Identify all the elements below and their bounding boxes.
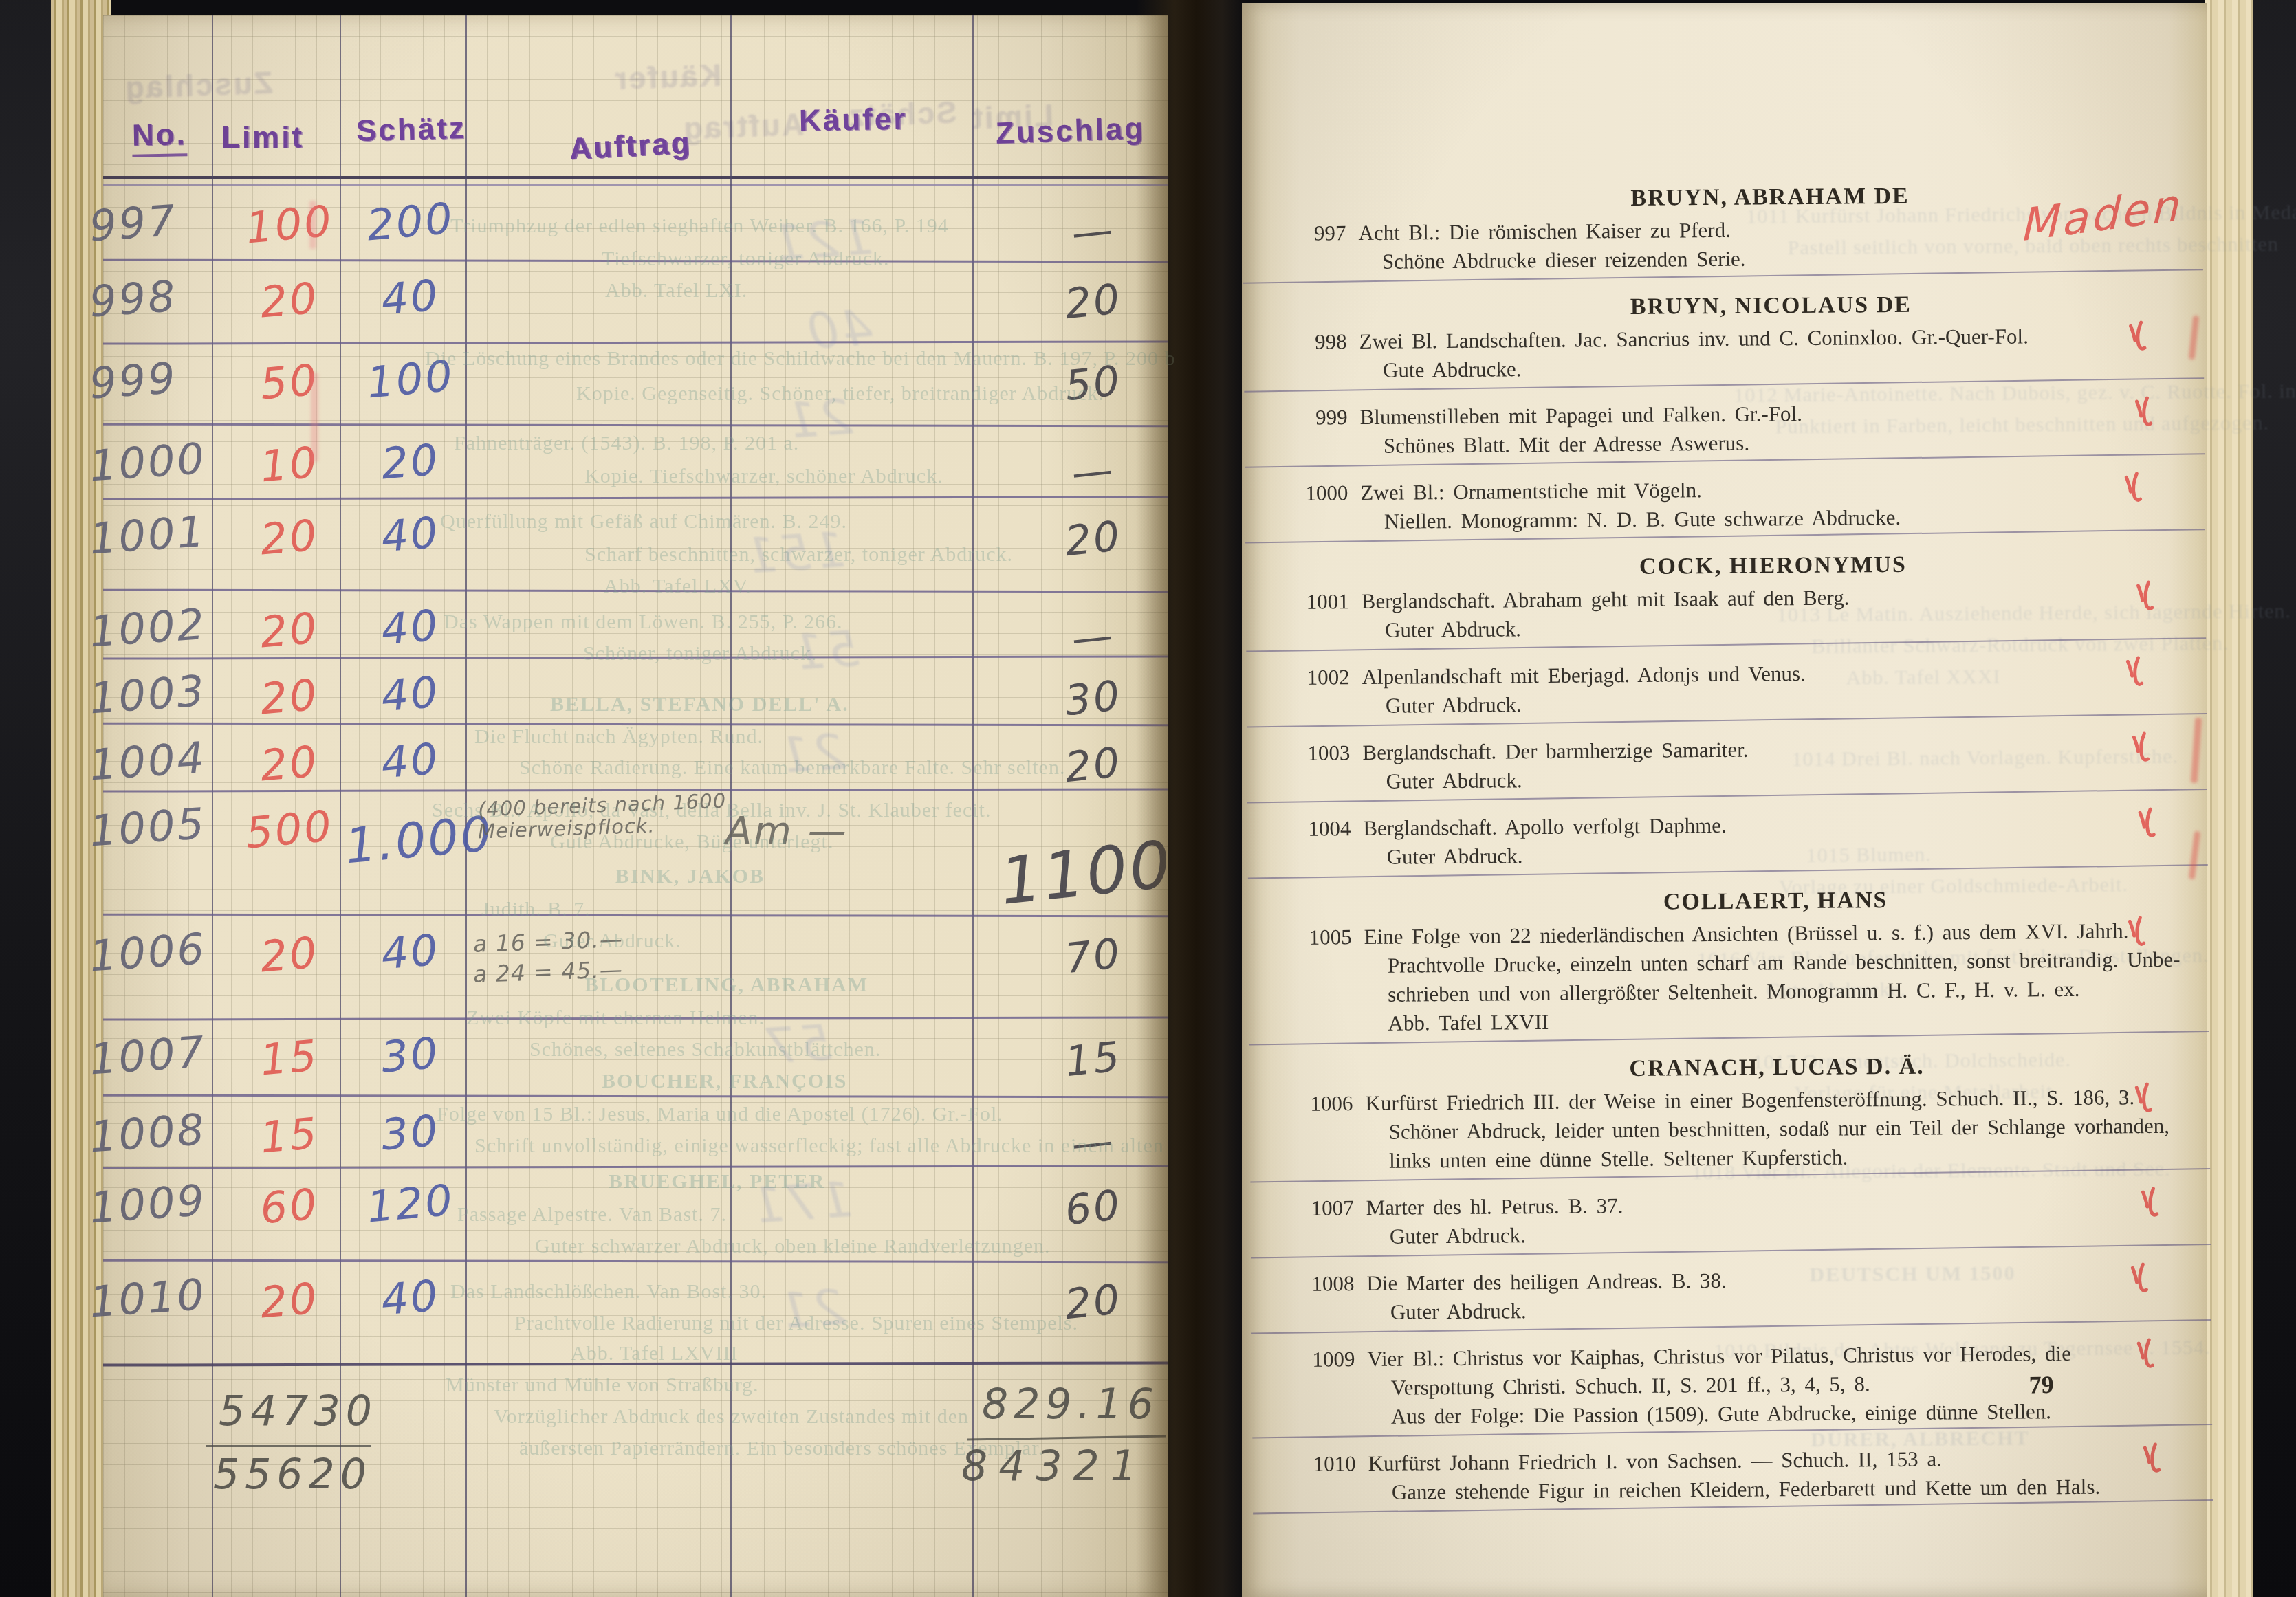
catalog-entry-text: Berglandschaft. Abraham geht mit Isaak a… bbox=[1362, 585, 1850, 613]
ledger-value-no: 1002 bbox=[88, 597, 222, 657]
ghost-number: 21 bbox=[775, 1278, 847, 1341]
catalog-entry-number: 1002 bbox=[1268, 665, 1349, 690]
ledger-value-limit: 20 bbox=[236, 601, 343, 660]
catalog-entry-line: 997Acht Bl.: Die römischen Kaiser zu Pfe… bbox=[1265, 218, 1731, 246]
ghost-text: Abb. Tafel LXVIII bbox=[571, 1342, 738, 1365]
catalog-entry-line: 999Blumenstilleben mit Papagei und Falke… bbox=[1266, 401, 1802, 430]
ink-smudge bbox=[311, 373, 318, 462]
red-checkmark bbox=[2134, 1336, 2158, 1372]
catalog-entry-text: Kurfürst Johann Friedrich I. von Sachsen… bbox=[1368, 1446, 1942, 1475]
catalog-entry-text: Berglandschaft. Der barmherzige Samarite… bbox=[1362, 738, 1748, 764]
catalog-entry-line: Schöner Abdruck, leider unten beschnitte… bbox=[1389, 1114, 2169, 1145]
book-gutter bbox=[1136, 0, 1246, 1597]
red-checkmark bbox=[2141, 1441, 2164, 1477]
red-checkmark bbox=[2122, 470, 2145, 506]
red-checkmark bbox=[2123, 654, 2147, 690]
ghost-number: 171 bbox=[747, 1170, 854, 1235]
ghost-text: Abb. Tafel LXI. bbox=[605, 279, 747, 302]
catalog-entry-text: Die Marter des heiligen Andreas. B. 38. bbox=[1366, 1268, 1727, 1295]
total-zuschlag-subtotal: 829.16 bbox=[982, 1380, 1159, 1429]
ledger-value-limit: 20 bbox=[236, 734, 343, 793]
red-checkmark bbox=[2134, 579, 2157, 615]
ghost-text: BINK, JAKOB bbox=[615, 865, 765, 888]
catalog-section-heading: COLLAERT, HANS bbox=[1353, 885, 2198, 918]
ghost-text: Münster und Mühle von Straßburg. bbox=[446, 1374, 759, 1397]
catalog-entry-line: Gute Abdrucke. bbox=[1383, 357, 1522, 383]
ghost-text: Guter Abdruck. bbox=[543, 929, 681, 953]
ledger-value-schaetz: 40 bbox=[343, 663, 478, 725]
catalog-entry-line: schrieben und von allergrößter Seltenhei… bbox=[1388, 977, 2080, 1007]
ledger-value-no: 1003 bbox=[88, 664, 222, 723]
catalog-entry-number: 1003 bbox=[1269, 740, 1350, 766]
red-checkmark bbox=[2127, 319, 2150, 355]
ledger-value-no: 1010 bbox=[88, 1268, 222, 1327]
ghost-number: 51 bbox=[789, 619, 861, 682]
ledger-value-no: 999 bbox=[88, 349, 222, 408]
row-separator bbox=[103, 423, 1168, 428]
column-header-limit: Limit bbox=[221, 121, 304, 155]
catalog-entry-number: 1009 bbox=[1273, 1347, 1355, 1372]
ledger-value-no: 1004 bbox=[88, 731, 222, 790]
total-schaetz-subtotal: 54730 bbox=[219, 1387, 378, 1435]
total-zuschlag-total: 84321 bbox=[961, 1442, 1148, 1490]
row-separator bbox=[103, 1094, 1168, 1099]
catalog-entry-line: Abb. Tafel LXVII bbox=[1388, 1010, 1549, 1036]
catalog-entry-line: Guter Abdruck. bbox=[1387, 844, 1523, 870]
header-rule bbox=[103, 176, 1168, 179]
catalog-entry-number: 1005 bbox=[1270, 925, 1351, 950]
catalog-entry-text: Zwei Bl. Landschaften. Jac. Sancrius inv… bbox=[1359, 324, 2029, 353]
ledger-value-no: 1006 bbox=[88, 922, 222, 981]
catalog-entry-text: Kurfürst Friedrich III. der Weise in ein… bbox=[1365, 1085, 2134, 1115]
ghost-text: Kopie. Tiefschwarzer, schöner Abdruck. bbox=[584, 465, 943, 488]
ghost-text: BLOOTELING, ABRAHAM bbox=[584, 973, 868, 997]
catalog-entry-text: Blumenstilleben mit Papagei und Falken. … bbox=[1359, 401, 1802, 429]
column-line bbox=[340, 15, 341, 1597]
ghost-text: Triumphzug der edlen sieghaften Weiber. … bbox=[450, 214, 949, 238]
ledger-value-limit: 100 bbox=[236, 195, 343, 254]
ghost-number: 40 bbox=[802, 298, 875, 361]
header-rule-thin bbox=[103, 184, 1168, 186]
catalog-entry-line: 1004Berglandschaft. Apollo verfolgt Daph… bbox=[1269, 813, 1727, 841]
ghost-number: 21 bbox=[782, 388, 854, 450]
red-checkmark bbox=[2132, 395, 2156, 430]
ghost-text: Die Löschung eines Brandes oder die Schi… bbox=[425, 347, 1175, 371]
catalog-entry-text: Zwei Bl.: Ornamentstiche mit Vögeln. bbox=[1360, 478, 1702, 505]
catalog-entry-line: 1006Kurfürst Friedrich III. der Weise in… bbox=[1271, 1085, 2134, 1116]
red-checkmark bbox=[2128, 1261, 2152, 1297]
catalog-entry-line: 1009Vier Bl.: Christus vor Kaiphas, Chri… bbox=[1273, 1341, 2071, 1372]
catalog-entry-line: 1007Marter des hl. Petrus. B. 37. bbox=[1273, 1193, 1623, 1221]
ledger-value-limit: 15 bbox=[236, 1028, 343, 1088]
ledger-value-no: 1001 bbox=[88, 505, 222, 564]
ledger-value-limit: 20 bbox=[236, 271, 343, 330]
ghost-stamp-zuschlag: Zuschlag bbox=[123, 66, 274, 106]
ghost-number: 121 bbox=[768, 208, 875, 272]
catalog-entry-line: Guter Abdruck. bbox=[1385, 617, 1521, 643]
ledger-value-no: 997 bbox=[88, 192, 222, 251]
red-checkmark bbox=[2132, 1081, 2156, 1116]
ink-smudge bbox=[309, 201, 316, 249]
red-checkmark bbox=[2139, 1185, 2162, 1221]
catalog-section-heading: CRANACH, LUCAS D. Ä. bbox=[1354, 1051, 2200, 1084]
ledger-value-limit: 50 bbox=[236, 353, 343, 412]
ghost-text: Schöner, toniger Abdruck. bbox=[583, 642, 817, 665]
catalog-entry-line: 1010Kurfürst Johann Friedrich I. von Sac… bbox=[1274, 1446, 1942, 1477]
catalog-entry-line: Ganze stehende Figur in reichen Kleidern… bbox=[1392, 1475, 2101, 1505]
ghost-text: Guter schwarzer Abdruck, oben kleine Ran… bbox=[535, 1235, 1051, 1258]
ghost-text: BOUCHER, FRANÇOIS bbox=[602, 1070, 847, 1093]
ledger-value-no: 998 bbox=[88, 267, 222, 327]
catalog-entry-number: 1007 bbox=[1273, 1196, 1354, 1221]
ledger-value-limit: 20 bbox=[236, 508, 343, 567]
ledger-value-no: 1007 bbox=[88, 1025, 222, 1084]
catalog-entry-number: 1004 bbox=[1269, 816, 1351, 841]
catalog-entry-number: 998 bbox=[1266, 329, 1347, 355]
column-header-auftrag: Auftrag bbox=[569, 126, 692, 166]
catalog-entry-line: Schöne Abdrucke dieser reizenden Serie. bbox=[1382, 247, 1746, 274]
catalog-entry-number: 999 bbox=[1266, 405, 1347, 430]
ghost-text: 1013 Le Matin. Ausziehende Herde, sich l… bbox=[1777, 599, 2291, 627]
catalog-entry-text: Alpenlandschaft mit Eberjagd. Adonjs und… bbox=[1362, 661, 1805, 689]
ghost-text: Das Landschlößchen. Van Bost. 30. bbox=[450, 1280, 767, 1303]
catalog-entry-text: Berglandschaft. Apollo verfolgt Daphme. bbox=[1363, 813, 1727, 840]
ledger-page: Zuschlag Käufer Auftrag Schätz Limit No.… bbox=[103, 15, 1168, 1597]
ghost-number: 151 bbox=[741, 520, 847, 585]
ledger-value-limit: 500 bbox=[236, 800, 343, 859]
ghost-text: Abb. Tafel XXXI bbox=[1846, 665, 2000, 690]
ledger-value-schaetz: 40 bbox=[343, 921, 478, 982]
total-schaetz-total: 55620 bbox=[213, 1451, 372, 1499]
ghost-text: Sechs Bl.: Apollo, da Vasi, della Bella … bbox=[432, 799, 991, 822]
catalog-entry-line: Aus der Folge: Die Passion (1509). Gute … bbox=[1391, 1399, 2051, 1429]
ghost-text: Punktiert in Farben, leicht beschnitten … bbox=[1775, 412, 2269, 439]
catalog-entry-text: Eine Folge von 22 niederländischen Ansic… bbox=[1364, 918, 2128, 949]
catalog-entry-line: Guter Abdruck. bbox=[1390, 1223, 1526, 1249]
catalog-entry-line: Schönes Blatt. Mit der Adresse Aswerus. bbox=[1384, 431, 1749, 459]
catalog-entry-text: Vier Bl.: Christus vor Kaiphas, Christus… bbox=[1367, 1341, 2071, 1371]
ledger-value-limit: 20 bbox=[236, 1271, 343, 1330]
catalog-entry-line: 1002Alpenlandschaft mit Eberjagd. Adonjs… bbox=[1268, 661, 1805, 690]
catalog-entry-line: Guter Abdruck. bbox=[1386, 768, 1522, 794]
catalog-entry-line: 1008Die Marter des heiligen Andreas. B. … bbox=[1273, 1268, 1727, 1297]
ledger-value-schaetz: 40 bbox=[343, 730, 478, 791]
ghost-text: Judith. B. 7. bbox=[481, 898, 591, 921]
ghost-stamp-auftrag: Auftrag bbox=[681, 108, 805, 146]
red-checkmark bbox=[2136, 806, 2159, 841]
ghost-text: Die Flucht nach Ägypten. Rund. bbox=[474, 725, 763, 749]
ledger-value-limit: 15 bbox=[236, 1106, 343, 1165]
catalog-entry-line: Niellen. Monogramm: N. D. B. Gute schwar… bbox=[1384, 505, 1901, 534]
ghost-text: Abb. Tafel LXV. bbox=[604, 575, 752, 598]
ghost-text: 1015 Blumen. bbox=[1806, 844, 1932, 868]
ledger-value-limit: 20 bbox=[236, 668, 343, 727]
ghost-text: Vorzüglicher Abdruck des zweiten Zustand… bbox=[494, 1405, 969, 1429]
row-separator bbox=[103, 496, 1168, 500]
column-header-kaeufer: Käufer bbox=[799, 102, 908, 139]
ghost-stamp-kaeufer: Käufer bbox=[613, 58, 722, 96]
ledger-value-limit: 60 bbox=[236, 1177, 343, 1236]
catalog-entry-number: 1008 bbox=[1273, 1271, 1354, 1297]
ghost-text: Gute Abdrucke, Büge unterlegt. bbox=[550, 830, 833, 854]
row-separator bbox=[103, 1165, 1168, 1169]
catalog-entry-line: Prachtvolle Drucke, einzeln unten scharf… bbox=[1388, 947, 2180, 978]
catalog-entry-line: 1000Zwei Bl.: Ornamentstiche mit Vögeln. bbox=[1267, 478, 1702, 506]
catalog-section-heading: COCK, HIERONYMUS bbox=[1350, 550, 2196, 583]
catalog-entry-number: 1006 bbox=[1271, 1091, 1353, 1116]
catalog-page: 1011 Kurfürst Johann Friedrichs von Sach… bbox=[1242, 3, 2207, 1597]
ghost-number: 57 bbox=[761, 1013, 833, 1076]
ledger-value-schaetz: 30 bbox=[343, 1024, 478, 1086]
ledger-value-schaetz: 40 bbox=[343, 267, 478, 328]
catalog-entry-text: Marter des hl. Petrus. B. 37. bbox=[1366, 1193, 1623, 1220]
ghost-text: Schrift unvollständig, einige wasserflec… bbox=[474, 1134, 1164, 1158]
catalog-entry-line: Guter Abdruck. bbox=[1386, 692, 1522, 718]
scanned-book-spread: { "book": { "page_number": "79" }, "colo… bbox=[0, 0, 2296, 1597]
catalog-entry-line: Verspottung Christi. Schuch. II, S. 201 … bbox=[1391, 1372, 1870, 1400]
ledger-value-no: 1009 bbox=[88, 1174, 222, 1233]
row-separator bbox=[103, 340, 1168, 344]
catalog-content: 1011 Kurfürst Johann Friedrichs von Sach… bbox=[1236, 0, 2213, 1597]
row-separator bbox=[103, 1259, 1168, 1264]
catalog-entry-number: 1000 bbox=[1267, 481, 1348, 506]
catalog-entry-line: Guter Abdruck. bbox=[1390, 1299, 1527, 1325]
total-rule bbox=[206, 1445, 371, 1447]
catalog-entry-line: 1003Berglandschaft. Der barmherzige Sama… bbox=[1269, 738, 1748, 766]
ghost-text: Zwei Köpfe mit ehernen Helmen. bbox=[466, 1006, 765, 1030]
catalog-entry-text: Acht Bl.: Die römischen Kaiser zu Pferd. bbox=[1358, 218, 1731, 245]
ghost-text: Passage Alpestre. Van Bast. 7. bbox=[457, 1203, 727, 1226]
catalog-section-heading: BRUYN, NICOLAUS DE bbox=[1348, 290, 2194, 323]
page-number: 79 bbox=[2029, 1370, 2054, 1399]
ledger-value-limit: 10 bbox=[236, 435, 343, 494]
red-checkmark bbox=[2130, 730, 2153, 766]
catalog-entry-line: 1001Berglandschaft. Abraham geht mit Isa… bbox=[1268, 585, 1850, 615]
catalog-entry-line: 998Zwei Bl. Landschaften. Jac. Sancrius … bbox=[1266, 324, 2029, 355]
ghost-text: BELLA, STEFANO DELL' A. bbox=[550, 693, 849, 716]
ghost-text: DEUTSCH UM 1500 bbox=[1809, 1262, 2015, 1287]
catalog-entry-line: links unten eine dünne Stelle. Seltener … bbox=[1389, 1145, 1848, 1174]
ghost-text: Das Wappen mit dem Löwen. B. 255, P. 266… bbox=[444, 610, 843, 634]
catalog-entry-number: 997 bbox=[1265, 221, 1346, 246]
column-header-no: No. bbox=[132, 118, 188, 157]
ledger-value-limit: 20 bbox=[236, 925, 343, 984]
column-header-schaetz: Schätz bbox=[356, 111, 466, 148]
catalog-entry-number: 1001 bbox=[1268, 589, 1349, 615]
ghost-number: 21 bbox=[775, 723, 847, 785]
column-header-zuschlag: Zuschlag bbox=[995, 111, 1146, 151]
ledger-value-no: 1000 bbox=[88, 432, 222, 491]
ghost-text: Brillanter Schwarz-Rotdruck von zwei Pla… bbox=[1811, 632, 2229, 659]
ghost-text: Fahnenträger. (1543). B. 198, P. 201 a. bbox=[454, 432, 799, 455]
ledger-value-no: 1005 bbox=[88, 797, 222, 856]
red-checkmark bbox=[2125, 914, 2149, 950]
catalog-entry-number: 1010 bbox=[1274, 1451, 1355, 1477]
ghost-text: Folge von 15 Bl.: Jesus, Maria und die A… bbox=[437, 1103, 1003, 1126]
ledger-value-no: 1008 bbox=[88, 1103, 222, 1162]
ghost-text: 1014 Drei Bl. nach Vorlagen. Kupferstich… bbox=[1791, 745, 2178, 771]
